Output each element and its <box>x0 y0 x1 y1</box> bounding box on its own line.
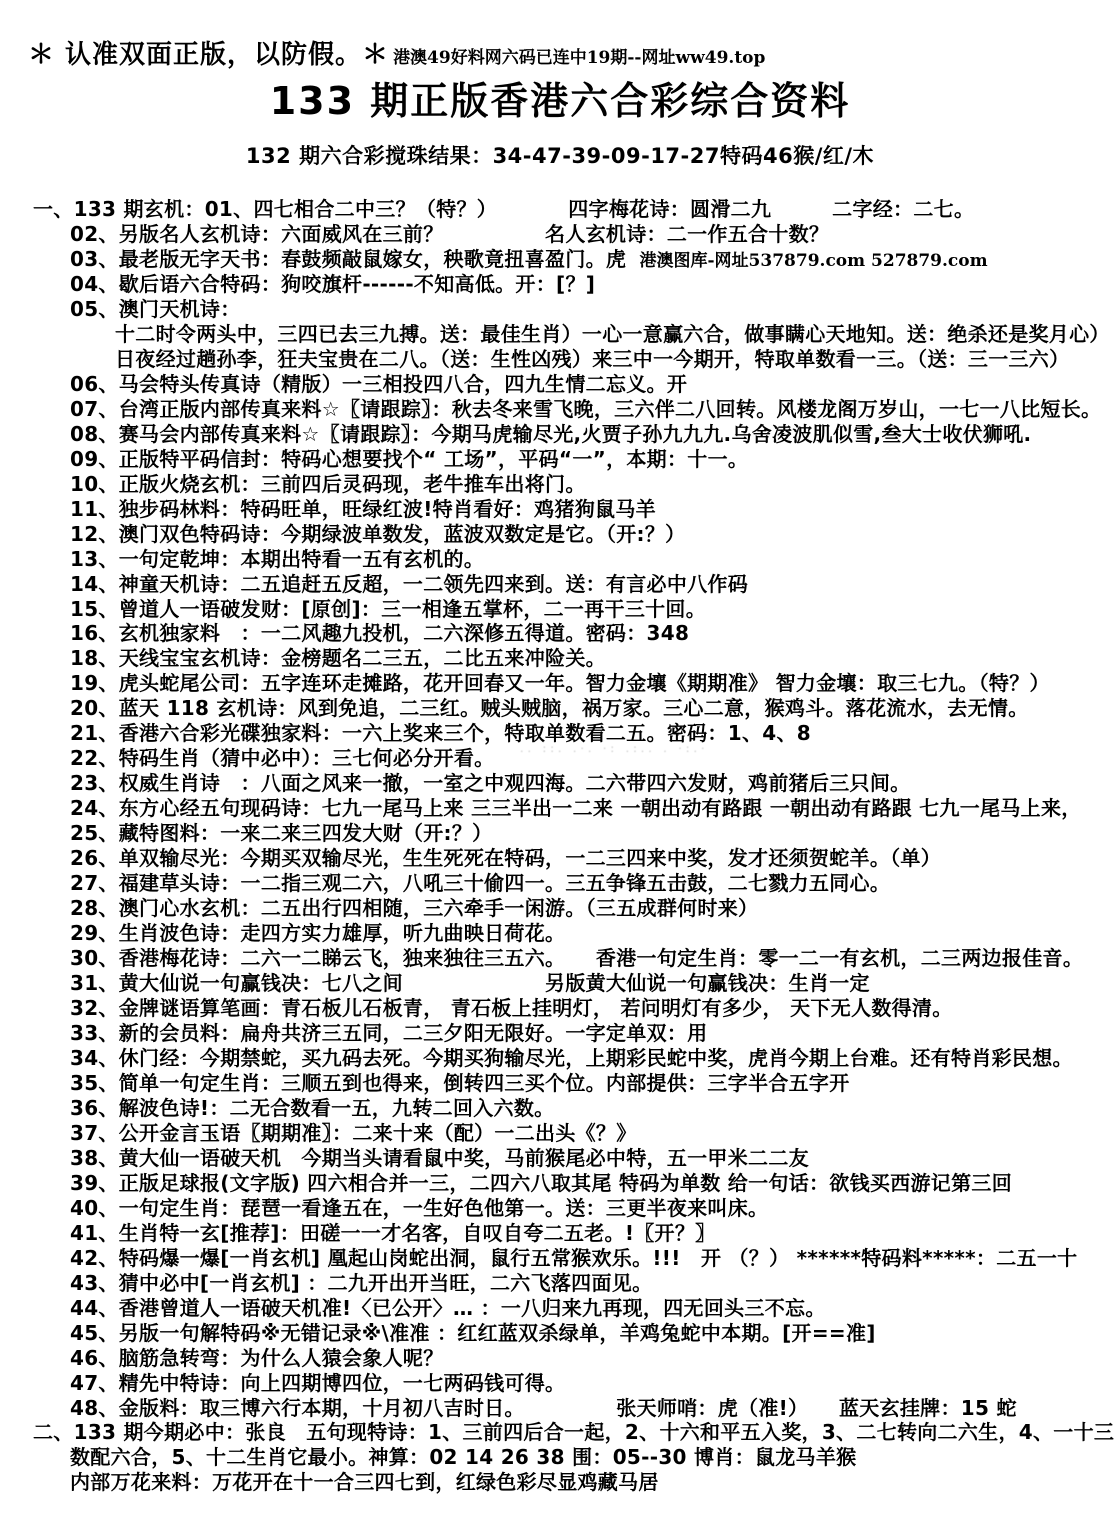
line-text: 20、蓝天 118 玄机诗：风到免追，二三红。贼头贼脑，祸万家。三心二意，猴鸡斗… <box>70 696 1029 720</box>
line-text: 40、一句定生肖：琵琶一看逢五在，一生好色他第一。送：三更半夜来叫床。 <box>70 1196 768 1220</box>
body-line: 44、香港曾道人一语破天机准!〈已公开〉… ：一八归来九再现，四无回头三不忘。 <box>70 1296 1120 1321</box>
body-line: 02、另版名人玄机诗：六面威风在三前？ 名人玄机诗：二一作五合十数？ <box>70 222 1120 247</box>
line-text: 48、金版料：取三博六行本期，十月初八吉时日。 张天师哨：虎（准!） 蓝天玄挂牌… <box>70 1396 1017 1420</box>
body-line: 06、马会特头传真诗（精版）一三相投四八合，四九生情二忘义。开 <box>70 372 1120 397</box>
line-text: 46、脑筋急转弯：为什么人猿会象人呢？ <box>70 1346 444 1370</box>
line-text: 35、简单一句定生肖：三顺五到也得来，倒转四三买个位。内部提供：三字半合五字开 <box>70 1071 850 1095</box>
body-line: 日夜经过趟孙李，狂夫宝贵在二八。（送：生性凶残）来三中一今期开，特取单数看一三。… <box>115 347 1120 372</box>
line-text: 37、公开金言玉语〖期期准〗：二来十来（配）一二出头《？》 <box>70 1121 637 1145</box>
body-line: 48、金版料：取三博六行本期，十月初八吉时日。 张天师哨：虎（准!） 蓝天玄挂牌… <box>70 1396 1120 1421</box>
body-lines: 一、133 期玄机：01、四七相合二中三？（特？） 四字梅花诗：圆滑二九 二字经… <box>0 197 1120 1495</box>
line-text: 15、曾道人一语破发财：[原创]：三一相逢五掌杯，二一再干三十回。 <box>70 597 706 621</box>
line-text: 十二时令两头中，三四已去三九搏。送：最佳生肖）一心一意赢六合，做事瞒心天地知。送… <box>115 322 1110 346</box>
body-line: 43、猜中必中[一肖玄机] ：二九开出开当旺，二六飞落四面见。 <box>70 1271 1120 1296</box>
line-text: 23、权威生肖诗 ：八面之风来一撤，一室之中观四海。二六带四六发财，鸡前猪后三只… <box>70 771 910 795</box>
anti-fake-note: ＊ 认准双面正版，以防假。＊港澳49好料网六码已连中19期--网址ww49.to… <box>28 34 765 71</box>
line-text: 36、解波色诗!：二无合数看一五，九转二回入六数。 <box>70 1096 554 1120</box>
body-line: 12、澳门双色特码诗：今期绿波单数发，蓝波双数定是它。（开:？） <box>70 522 1120 547</box>
line-text: 24、东方心经五句现码诗：七九一尾马上来 三三半出一二来 一朝出动有路跟 一朝出… <box>70 796 1082 820</box>
line-text: 18、天线宝宝玄机诗：金榜题名二三五，二比五来冲险关。 <box>70 646 606 670</box>
line-text: 27、福建草头诗：一二指三观二六，八吼三十偷四一。三五争锋五击鼓，二七戮力五同心… <box>70 871 890 895</box>
line-text: 数配六合，5、十二生肖它最小。神算：02 14 26 38 围：05--30 博… <box>70 1445 856 1469</box>
line-text: 14、神童天机诗：二五追赶五反超，一二领先四来到。送：有言必中八作码 <box>70 572 748 596</box>
line-text: 12、澳门双色特码诗：今期绿波单数发，蓝波双数定是它。（开:？） <box>70 522 685 546</box>
line-text: 25、藏特图料：一来二来三四发大财（开:？） <box>70 821 492 845</box>
body-line: 13、一句定乾坤：本期出特看一五有玄机的。 <box>70 547 1120 572</box>
body-line: 26、单双输尽光：今期买双输尽光，生生死死在特码，一二三四来中奖，发才还须贺蛇羊… <box>70 846 1120 871</box>
promo-url-note: 港澳49好料网六码已连中19期--网址ww49.top <box>393 48 765 68</box>
body-line: 05、澳门天机诗： <box>70 297 1120 322</box>
line-text: 41、生肖特一玄[推荐]：田磋一一才名客，自叹自夸二五老。!〖开？〗 <box>70 1221 715 1245</box>
line-note: 港澳图库-网址537879.com 527879.com <box>640 251 988 271</box>
body-line: 十二时令两头中，三四已去三九搏。送：最佳生肖）一心一意赢六合，做事瞒心天地知。送… <box>115 322 1120 347</box>
line-text: 42、特码爆一爆[一肖玄机] 凰起山岗蛇出洞，鼠行五常猴欢乐。!!! 开 （？）… <box>70 1246 1077 1270</box>
line-text: 05、澳门天机诗： <box>70 297 241 321</box>
line-text: 一、133 期玄机：01、四七相合二中三？（特？） 四字梅花诗：圆滑二九 二字经… <box>33 197 974 221</box>
anti-fake-note-bold: ＊ 认准双面正版，以防假。＊ <box>28 40 389 70</box>
body-line: 34、休门经：今期禁蛇，买九码去死。今期买狗输尽光，上期彩民蛇中奖，虎肖今期上台… <box>70 1046 1120 1071</box>
body-line: 36、解波色诗!：二无合数看一五，九转二回入六数。 <box>70 1096 1120 1121</box>
body-line: 08、赛马会内部传真来料☆〖请跟踪〗：今期马虎输尽光,火贾子孙九九九.乌舍凌波肌… <box>70 422 1120 447</box>
line-text: 10、正版火烧玄机：三前四后灵码现，老牛推车出将门。 <box>70 472 586 496</box>
body-line: 09、正版特平码信封：特码心想要找个“ 工场”，平码“一”，本期：十一。 <box>70 447 1120 472</box>
body-line: 19、虎头蛇尾公司：五字连环走摊路，花开回春又一年。智力金壤《期期准》 智力金壤… <box>70 671 1120 696</box>
body-line: 04、歇后语六合特码：狗咬旗杆------不知高低。开：[？] <box>70 272 1120 297</box>
line-text: 04、歇后语六合特码：狗咬旗杆------不知高低。开：[？] <box>70 272 595 296</box>
body-line: 30、香港梅花诗：二六一二睇云飞，独来独往三五六。 香港一句定生肖：零一二一有玄… <box>70 946 1120 971</box>
line-text: 44、香港曾道人一语破天机准!〈已公开〉… ：一八归来九再现，四无回头三不忘。 <box>70 1296 826 1320</box>
body-line: 11、独步码林料：特码旺单，旺绿红波!特肖看好：鸡猪狗鼠马羊 <box>70 497 1120 522</box>
line-text: 11、独步码林料：特码旺单，旺绿红波!特肖看好：鸡猪狗鼠马羊 <box>70 497 656 521</box>
previous-draw-result: 132 期六合彩搅珠结果：34-47-39-09-17-27特码46猴/红/木 <box>0 140 1120 170</box>
line-text: 43、猜中必中[一肖玄机] ：二九开出开当旺，二六飞落四面见。 <box>70 1271 652 1295</box>
body-line: 15、曾道人一语破发财：[原创]：三一相逢五掌杯，二一再干三十回。 <box>70 597 1120 622</box>
faint-watermark: .. ::. .·. ·: .:.. . ·:.· <box>520 742 708 755</box>
body-line: 45、另版一句解特码※无错记录※\准准 ：红红蓝双杀绿单，羊鸡兔蛇中本期。[开=… <box>70 1321 1120 1346</box>
body-line: 二、133 期今期必中：张良 五句现特诗：1、三前四后合一起，2、十六和平五入奖… <box>33 1420 1120 1445</box>
line-text: 19、虎头蛇尾公司：五字连环走摊路，花开回春又一年。智力金壤《期期准》 智力金壤… <box>70 671 1050 695</box>
body-line: 27、福建草头诗：一二指三观二六，八吼三十偷四一。三五争锋五击鼓，二七戮力五同心… <box>70 871 1120 896</box>
line-text: 34、休门经：今期禁蛇，买九码去死。今期买狗输尽光，上期彩民蛇中奖，虎肖今期上台… <box>70 1046 1073 1070</box>
line-text: 31、黄大仙说一句赢钱决：七八之间 另版黄大仙说一句赢钱决：生肖一定 <box>70 971 870 995</box>
body-line: 07、台湾正版内部传真来料☆〖请跟踪〗：秋去冬来雪飞晚，三六伴二八回转。风楼龙阁… <box>70 397 1120 422</box>
body-line: 47、精先中特诗：向上四期博四位，一七两码钱可得。 <box>70 1371 1120 1396</box>
line-text: 日夜经过趟孙李，狂夫宝贵在二八。（送：生性凶残）来三中一今期开，特取单数看一三。… <box>115 347 1069 371</box>
body-line: 10、正版火烧玄机：三前四后灵码现，老牛推车出将门。 <box>70 472 1120 497</box>
line-text: 45、另版一句解特码※无错记录※\准准 ：红红蓝双杀绿单，羊鸡兔蛇中本期。[开=… <box>70 1321 876 1345</box>
body-line: 16、玄机独家料 ：一二风趣九投机，二六深修五得道。密码：348 <box>70 621 1120 646</box>
body-line: 内部万花来料：万花开在十一合三四七到，红绿色彩尽显鸡藏马居 <box>70 1470 1120 1495</box>
body-line: 42、特码爆一爆[一肖玄机] 凰起山岗蛇出洞，鼠行五常猴欢乐。!!! 开 （？）… <box>70 1246 1120 1271</box>
line-text: 30、香港梅花诗：二六一二睇云飞，独来独往三五六。 香港一句定生肖：零一二一有玄… <box>70 946 1083 970</box>
body-line: 03、最老版无字天书：春鼓频敲鼠嫁女，秧歌竟扭喜盈门。虎 港澳图库-网址5378… <box>70 247 1120 272</box>
line-text: 07、台湾正版内部传真来料☆〖请跟踪〗：秋去冬来雪飞晚，三六伴二八回转。风楼龙阁… <box>70 397 1101 421</box>
body-line: 18、天线宝宝玄机诗：金榜题名二三五，二比五来冲险关。 <box>70 646 1120 671</box>
body-line: 29、生肖波色诗：走四方实力雄厚，听九曲映日荷花。 <box>70 921 1120 946</box>
line-text: 内部万花来料：万花开在十一合三四七到，红绿色彩尽显鸡藏马居 <box>70 1470 659 1494</box>
body-line: 32、金牌谜语算笔画：青石板儿石板青， 青石板上挂明灯， 若问明灯有多少， 天下… <box>70 996 1120 1021</box>
body-line: 39、正版足球报(文字版) 四六相合并一三，二四六八取其尾 特码为单数 给一句话… <box>70 1171 1120 1196</box>
body-line: 35、简单一句定生肖：三顺五到也得来，倒转四三买个位。内部提供：三字半合五字开 <box>70 1071 1120 1096</box>
line-text: 26、单双输尽光：今期买双输尽光，生生死死在特码，一二三四来中奖，发才还须贺蛇羊… <box>70 846 941 870</box>
line-text: 16、玄机独家料 ：一二风趣九投机，二六深修五得道。密码：348 <box>70 621 689 645</box>
line-text: 33、新的会员料：扁舟共济三五同，二三夕阳无限好。一字定单双：用 <box>70 1021 707 1045</box>
body-line: 37、公开金言玉语〖期期准〗：二来十来（配）一二出头《？》 <box>70 1121 1120 1146</box>
body-line: 24、东方心经五句现码诗：七九一尾马上来 三三半出一二来 一朝出动有路跟 一朝出… <box>70 796 1120 821</box>
body-line: 38、黄大仙一语破天机 今期当头请看鼠中奖，马前猴尾必中特，五一甲米二二友 <box>70 1146 1120 1171</box>
line-text: 02、另版名人玄机诗：六面威风在三前？ 名人玄机诗：二一作五合十数？ <box>70 222 829 246</box>
body-line: 31、黄大仙说一句赢钱决：七八之间 另版黄大仙说一句赢钱决：生肖一定 <box>70 971 1120 996</box>
body-line: 40、一句定生肖：琵琶一看逢五在，一生好色他第一。送：三更半夜来叫床。 <box>70 1196 1120 1221</box>
lottery-info-sheet: { "page": { "background": "#ffffff", "te… <box>0 0 1120 1525</box>
line-text: 03、最老版无字天书：春鼓频敲鼠嫁女，秧歌竟扭喜盈门。虎 <box>70 247 626 271</box>
body-line: 数配六合，5、十二生肖它最小。神算：02 14 26 38 围：05--30 博… <box>70 1445 1120 1470</box>
line-text: 32、金牌谜语算笔画：青石板儿石板青， 青石板上挂明灯， 若问明灯有多少， 天下… <box>70 996 953 1020</box>
page-title: 133 期正版香港六合彩综合资料 <box>0 70 1120 125</box>
body-line: 14、神童天机诗：二五追赶五反超，一二领先四来到。送：有言必中八作码 <box>70 572 1120 597</box>
body-line: 25、藏特图料：一来二来三四发大财（开:？） <box>70 821 1120 846</box>
line-text: 二、133 期今期必中：张良 五句现特诗：1、三前四后合一起，2、十六和平五入奖… <box>33 1420 1114 1444</box>
line-text: 08、赛马会内部传真来料☆〖请跟踪〗：今期马虎输尽光,火贾子孙九九九.乌舍凌波肌… <box>70 422 1031 446</box>
line-text: 38、黄大仙一语破天机 今期当头请看鼠中奖，马前猴尾必中特，五一甲米二二友 <box>70 1146 809 1170</box>
body-line: 23、权威生肖诗 ：八面之风来一撤，一室之中观四海。二六带四六发财，鸡前猪后三只… <box>70 771 1120 796</box>
body-line: 33、新的会员料：扁舟共济三五同，二三夕阳无限好。一字定单双：用 <box>70 1021 1120 1046</box>
line-text: 29、生肖波色诗：走四方实力雄厚，听九曲映日荷花。 <box>70 921 565 945</box>
line-text: 06、马会特头传真诗（精版）一三相投四八合，四九生情二忘义。开 <box>70 372 687 396</box>
body-line: 一、133 期玄机：01、四七相合二中三？（特？） 四字梅花诗：圆滑二九 二字经… <box>33 197 1120 222</box>
body-line: 20、蓝天 118 玄机诗：风到免追，二三红。贼头贼脑，祸万家。三心二意，猴鸡斗… <box>70 696 1120 721</box>
body-line: 46、脑筋急转弯：为什么人猿会象人呢？ <box>70 1346 1120 1371</box>
body-line: 41、生肖特一玄[推荐]：田磋一一才名客，自叹自夸二五老。!〖开？〗 <box>70 1221 1120 1246</box>
line-text: 47、精先中特诗：向上四期博四位，一七两码钱可得。 <box>70 1371 565 1395</box>
line-text: 22、特码生肖（猜中必中）：三七何必分开看。 <box>70 746 494 770</box>
body-line: 28、澳门心水玄机：二五出行四相随，三六牵手一闲游。（三五成群何时来） <box>70 896 1120 921</box>
line-text: 09、正版特平码信封：特码心想要找个“ 工场”，平码“一”，本期：十一。 <box>70 447 748 471</box>
line-text: 13、一句定乾坤：本期出特看一五有玄机的。 <box>70 547 484 571</box>
line-text: 28、澳门心水玄机：二五出行四相随，三六牵手一闲游。（三五成群何时来） <box>70 896 758 920</box>
line-text: 39、正版足球报(文字版) 四六相合并一三，二四六八取其尾 特码为单数 给一句话… <box>70 1171 1012 1195</box>
